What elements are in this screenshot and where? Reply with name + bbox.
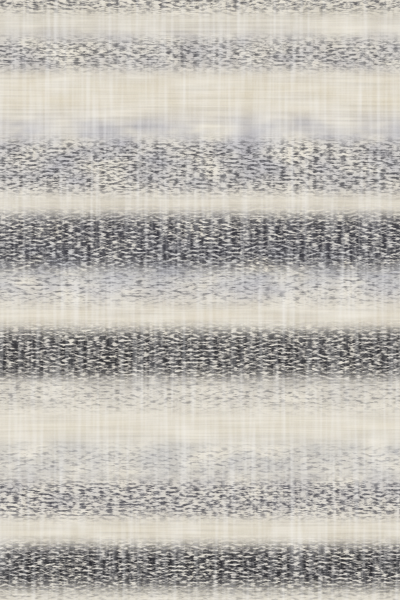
texture-canvas [0, 0, 400, 600]
rug-texture-photo [0, 0, 400, 600]
fiber-grain-overlay [0, 0, 400, 600]
